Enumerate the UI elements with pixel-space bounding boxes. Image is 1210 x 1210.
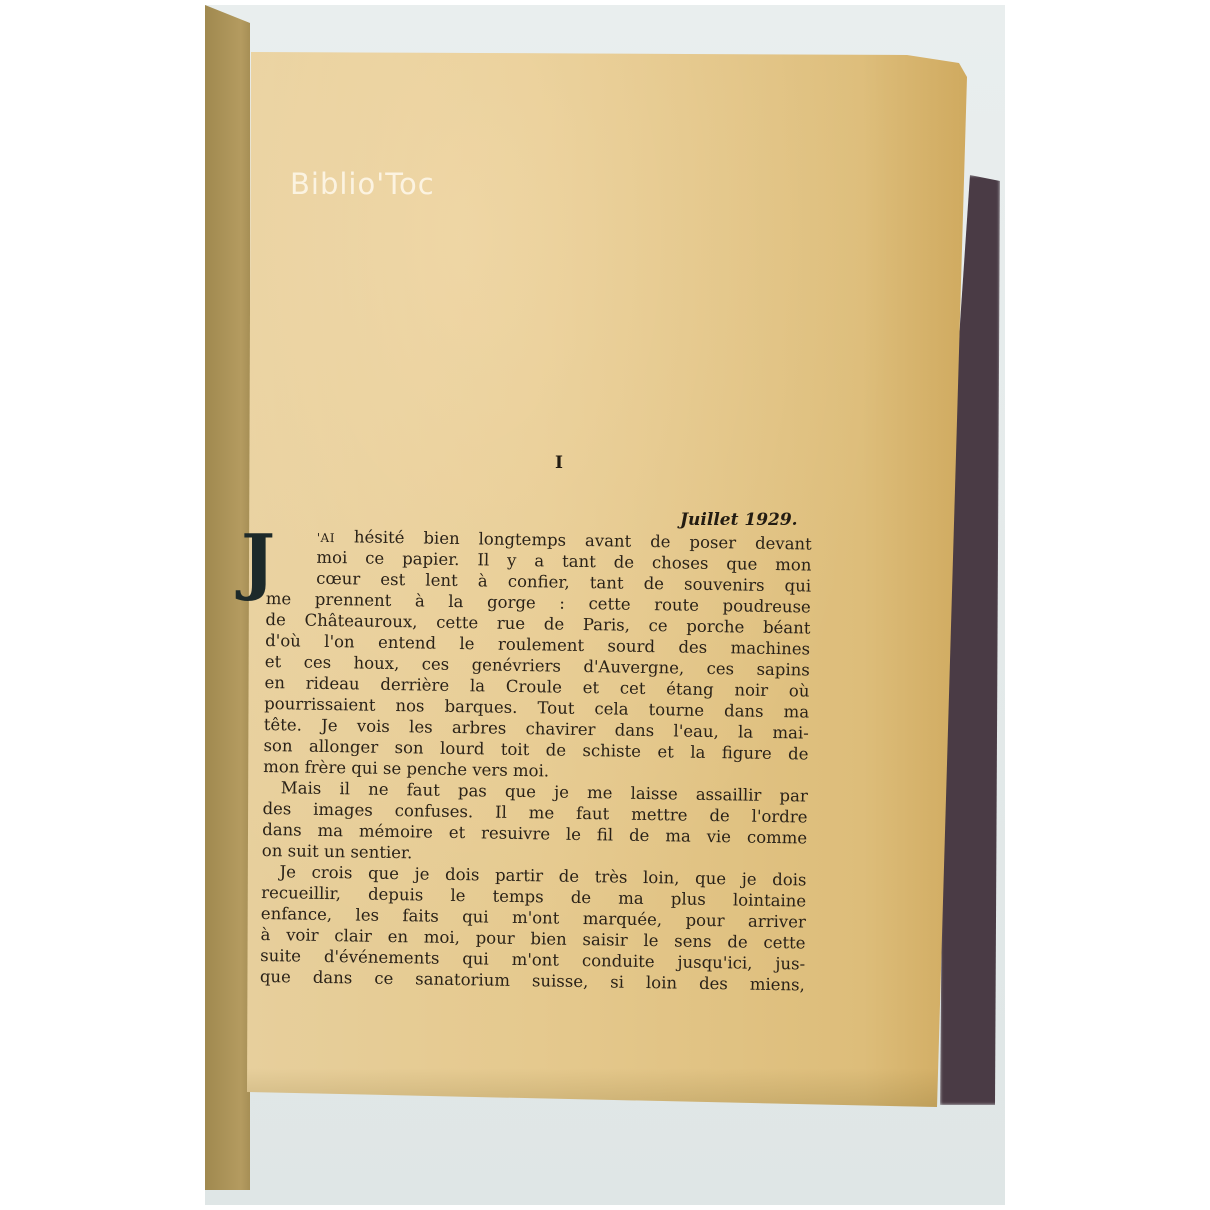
paragraph: Je crois que je dois partir de très loin…	[260, 861, 807, 996]
paragraph: Mais il ne faut pas que je me laisse ass…	[262, 777, 808, 870]
chapter-date: Juillet 1929.	[680, 510, 798, 530]
body-text: 'AI hésité bien longtemps avant de poser…	[260, 525, 812, 996]
paragraph: 'AI hésité bien longtemps avant de poser…	[263, 525, 812, 786]
small-caps-opening: 'AI	[317, 531, 335, 545]
chapter-number: I	[555, 453, 563, 473]
watermark: Biblio'Toc	[290, 167, 435, 201]
book-photo: Biblio'Toc I Juillet 1929. J 'AI hésité …	[205, 5, 1005, 1205]
